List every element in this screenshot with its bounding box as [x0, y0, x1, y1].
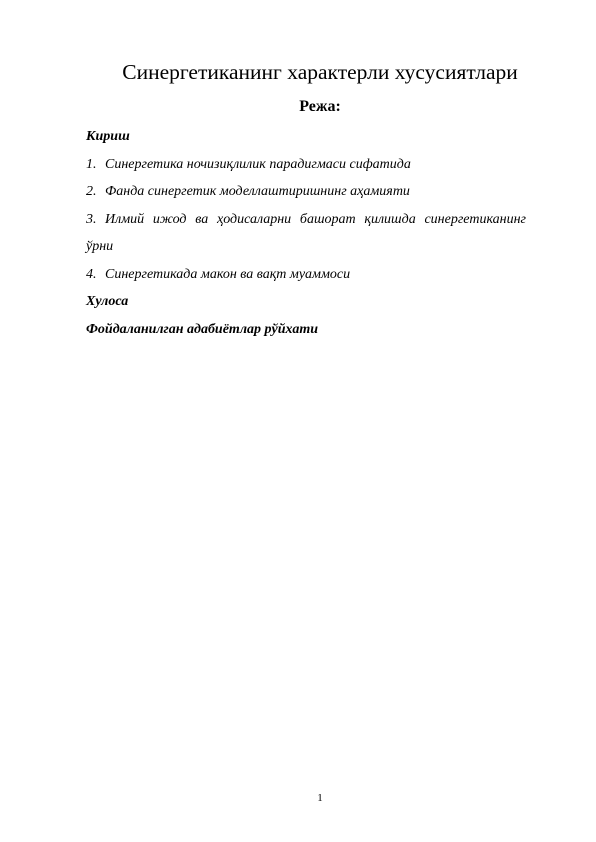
plan-item-number: 1. [86, 151, 105, 179]
plan-item-number: 2. [86, 178, 105, 206]
plan-item-text: Фанда синергетик моделлаштиришнинг аҳами… [105, 184, 410, 199]
document-page: Синергетиканинг характерли хусусиятлари … [0, 0, 596, 842]
plan-item-number: 3. [86, 206, 105, 234]
plan-item-2: 2.Фанда синергетик моделлаштиришнинг аҳа… [86, 178, 526, 206]
plan-item-3-continuation: ўрни [86, 233, 526, 261]
plan-introduction: Кириш [86, 123, 526, 151]
plan-item-text: Синергетикада макон ва вақт муаммоси [105, 267, 350, 282]
page-number: 1 [0, 791, 596, 805]
plan-references: Фойдаланилган адабиётлар рўйхати [86, 316, 526, 344]
plan-item-1: 1.Синергетика ночизиқлилик парадигмаси с… [86, 151, 526, 179]
plan-item-number: 4. [86, 261, 105, 289]
plan-item-text: Синергетика ночизиқлилик парадигмаси сиф… [105, 157, 411, 172]
plan-conclusion: Хулоса [86, 288, 526, 316]
plan-list: Кириш 1.Синергетика ночизиқлилик парадиг… [86, 123, 526, 343]
plan-item-text: Илмий ижод ва ҳодисаларни башорат қилишд… [105, 212, 526, 227]
plan-heading: Режа: [0, 97, 596, 117]
document-title: Синергетиканинг характерли хусусиятлари [0, 58, 596, 86]
plan-item-4: 4.Синергетикада макон ва вақт муаммоси [86, 261, 526, 289]
plan-item-3: 3.Илмий ижод ва ҳодисаларни башорат қили… [86, 206, 526, 234]
